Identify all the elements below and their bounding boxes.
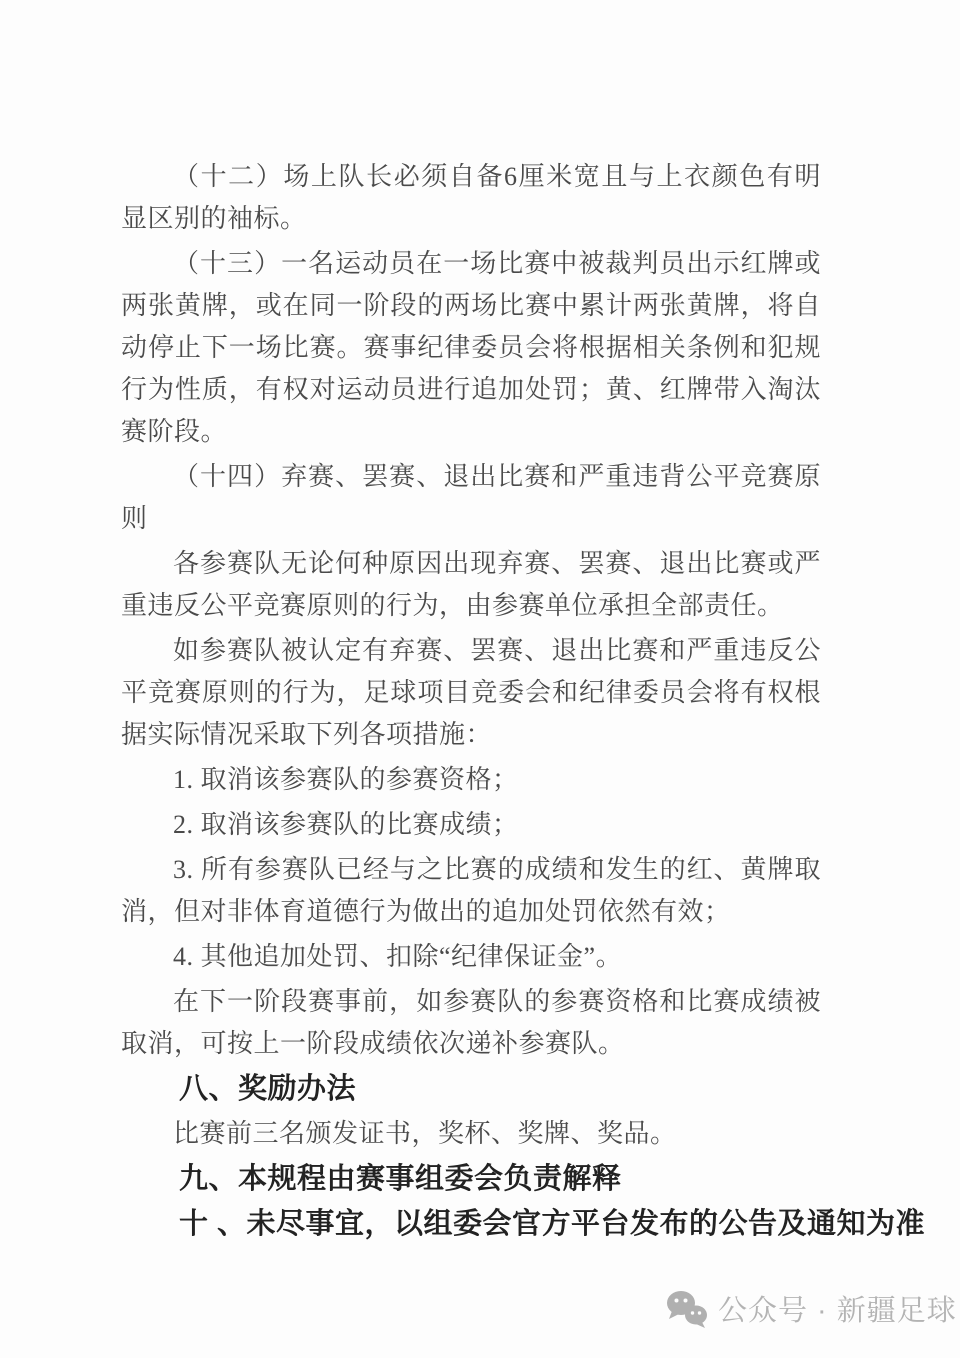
wechat-icon (666, 1290, 708, 1328)
heading-section-8-awards: 八、奖励办法 (121, 1068, 821, 1110)
watermark-label: 公众号 · 新疆足球 (718, 1288, 957, 1329)
paragraph-clause-12: （十二）场上队长必须自备6厘米宽且与上衣颜色有明显区别的袖标。 (121, 156, 821, 240)
paragraph-awards-detail: 比赛前三名颁发证书，奖杯、奖牌、奖品。 (121, 1113, 821, 1155)
wechat-watermark: 公众号 · 新疆足球 (666, 1288, 957, 1329)
paragraph-replacement-rule: 在下一阶段赛事前，如参赛队的参赛资格和比赛成绩被取消，可按上一阶段成绩依次递补参… (121, 981, 821, 1065)
paragraph-clause-13: （十三）一名运动员在一场比赛中被裁判员出示红牌或两张黄牌，或在同一阶段的两场比赛… (121, 243, 821, 453)
heading-section-10-notices: 十 、未尽事宜，以组委会官方平台发布的公告及通知为准 (121, 1203, 821, 1245)
paragraph-clause-14-body: 各参赛队无论何种原因出现弃赛、罢赛、退出比赛或严重违反公平竞赛原则的行为，由参赛… (121, 543, 821, 627)
heading-section-9-interpretation: 九、本规程由赛事组委会负责解释 (121, 1158, 821, 1200)
measure-item-3: 3. 所有参赛队已经与之比赛的成绩和发生的红、黄牌取消，但对非体育道德行为做出的… (121, 849, 821, 933)
measure-item-4: 4. 其他追加处罚、扣除“纪律保证金”。 (121, 936, 821, 978)
paragraph-clause-14-title: （十四）弃赛、罢赛、退出比赛和严重违背公平竞赛原则 (121, 456, 821, 540)
measure-item-2: 2. 取消该参赛队的比赛成绩； (121, 804, 821, 846)
measure-item-1: 1. 取消该参赛队的参赛资格； (121, 759, 821, 801)
paragraph-measures-intro: 如参赛队被认定有弃赛、罢赛、退出比赛和严重违反公平竞赛原则的行为，足球项目竞委会… (121, 630, 821, 756)
rules-document-page: （十二）场上队长必须自备6厘米宽且与上衣颜色有明显区别的袖标。 （十三）一名运动… (121, 156, 821, 1248)
